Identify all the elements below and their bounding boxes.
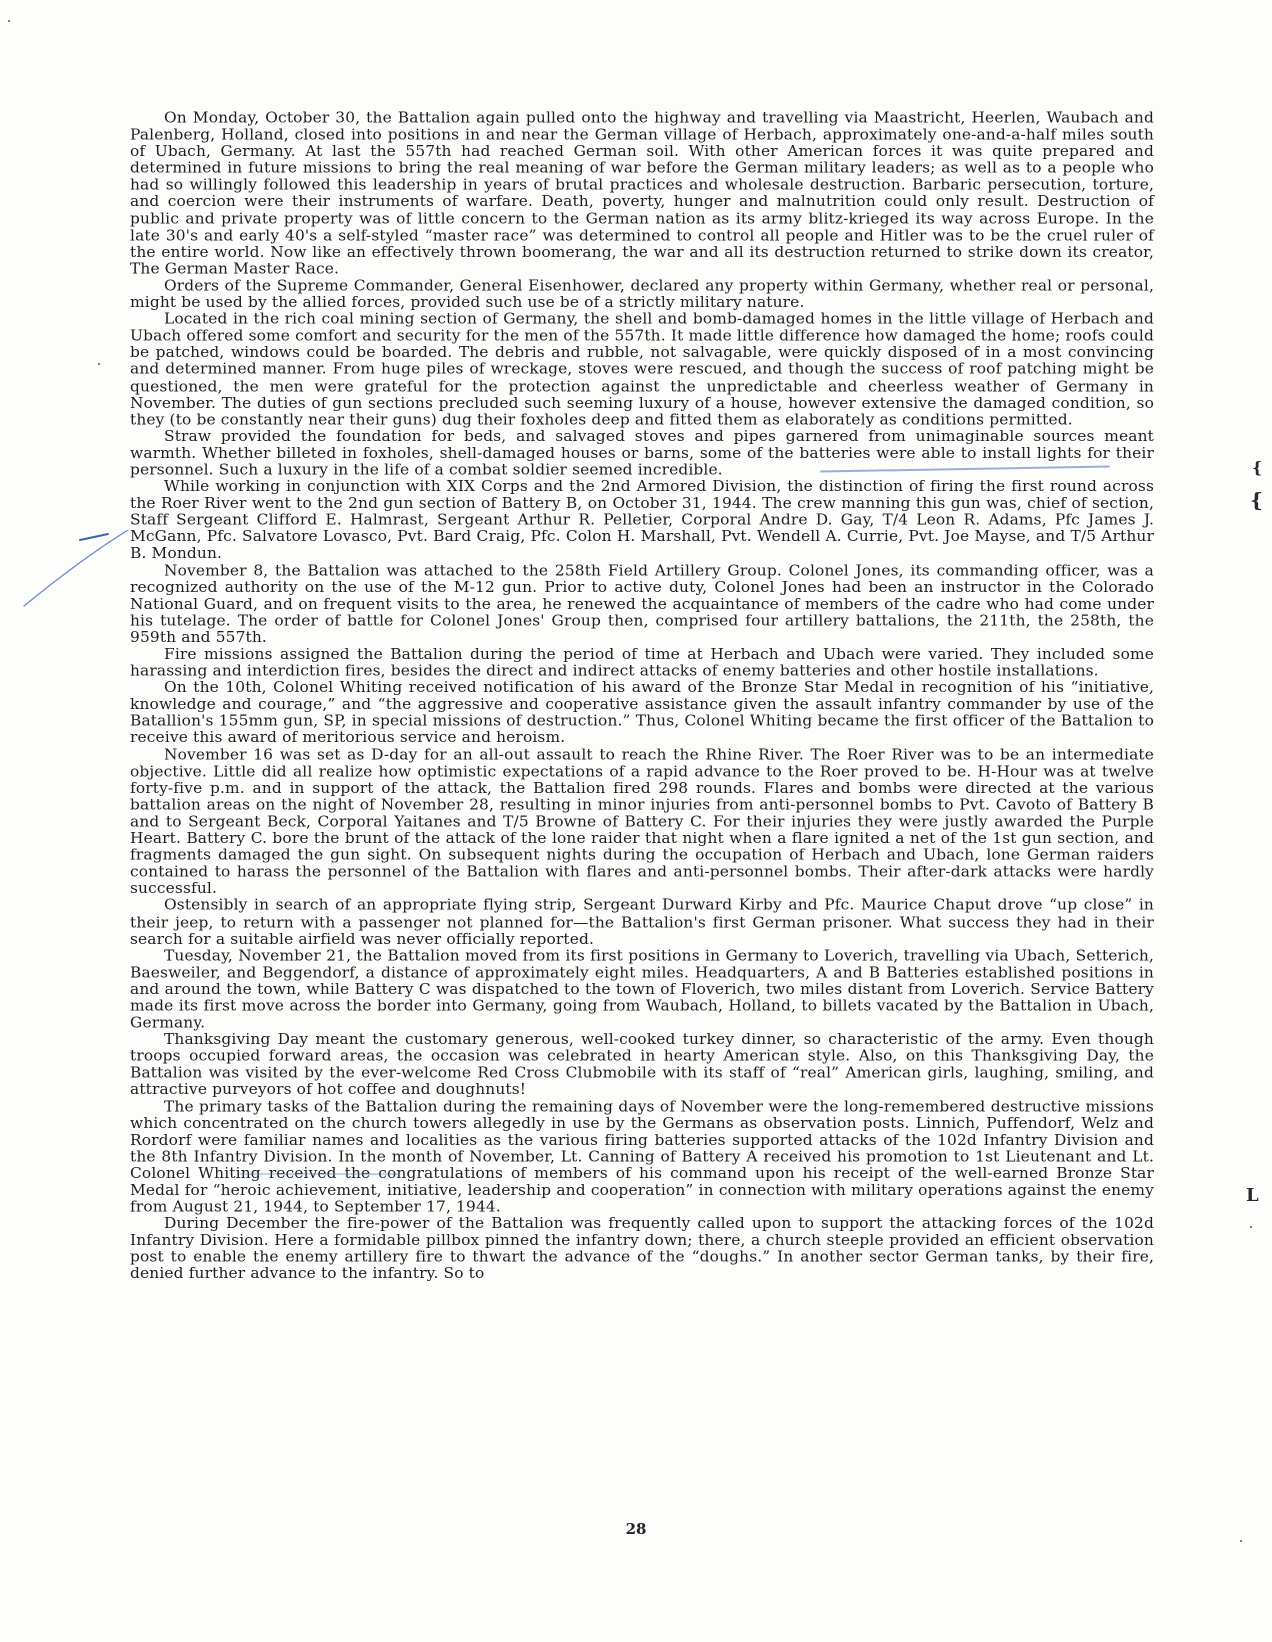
paragraph-eisenhower-orders: Orders of the Supreme Commander, General… [130,278,1154,312]
scan-speck [98,363,100,365]
paragraph-258th-group: November 8, the Battalion was attached t… [130,562,1154,646]
pen-underline-waubach [240,1173,400,1175]
body-text: On Monday, October 30, the Battalion aga… [130,110,1154,1283]
paragraph-arrival-germany: On Monday, October 30, the Battalion aga… [130,110,1154,278]
paragraph-bronze-star: On the 10th, Colonel Whiting received no… [130,680,1154,747]
scanned-page: On Monday, October 30, the Battalion aga… [0,0,1272,1642]
scan-speck [8,20,10,22]
paragraph-december: During December the fire-power of the Ba… [130,1216,1154,1283]
paragraph-straw-beds: Straw provided the foundation for beds, … [130,428,1154,478]
paragraph-loverich-move: Tuesday, November 21, the Battalion move… [130,948,1154,1032]
margin-bracket-mark: { [1252,458,1262,477]
scan-speck [1250,1226,1252,1228]
paragraph-fire-missions: Fire missions assigned the Battalion dur… [130,646,1154,680]
paragraph-d-day: November 16 was set as D-day for an all-… [130,747,1154,898]
pen-arrow-annotation-icon [20,530,140,610]
paragraph-flying-strip: Ostensibly in search of an appropriate f… [130,897,1154,947]
margin-bracket-mark-2: { [1250,488,1263,512]
paragraph-herbach-homes: Located in the rich coal mining section … [130,311,1154,428]
paragraph-november-tasks: The primary tasks of the Battalion durin… [130,1098,1154,1215]
page-number: 28 [0,1520,1272,1538]
margin-hook-mark: L [1246,1185,1259,1206]
paragraph-thanksgiving: Thanksgiving Day meant the customary gen… [130,1031,1154,1098]
scan-speck [1240,1540,1242,1542]
paragraph-first-round-roer: While working in conjunction with XIX Co… [130,479,1154,563]
